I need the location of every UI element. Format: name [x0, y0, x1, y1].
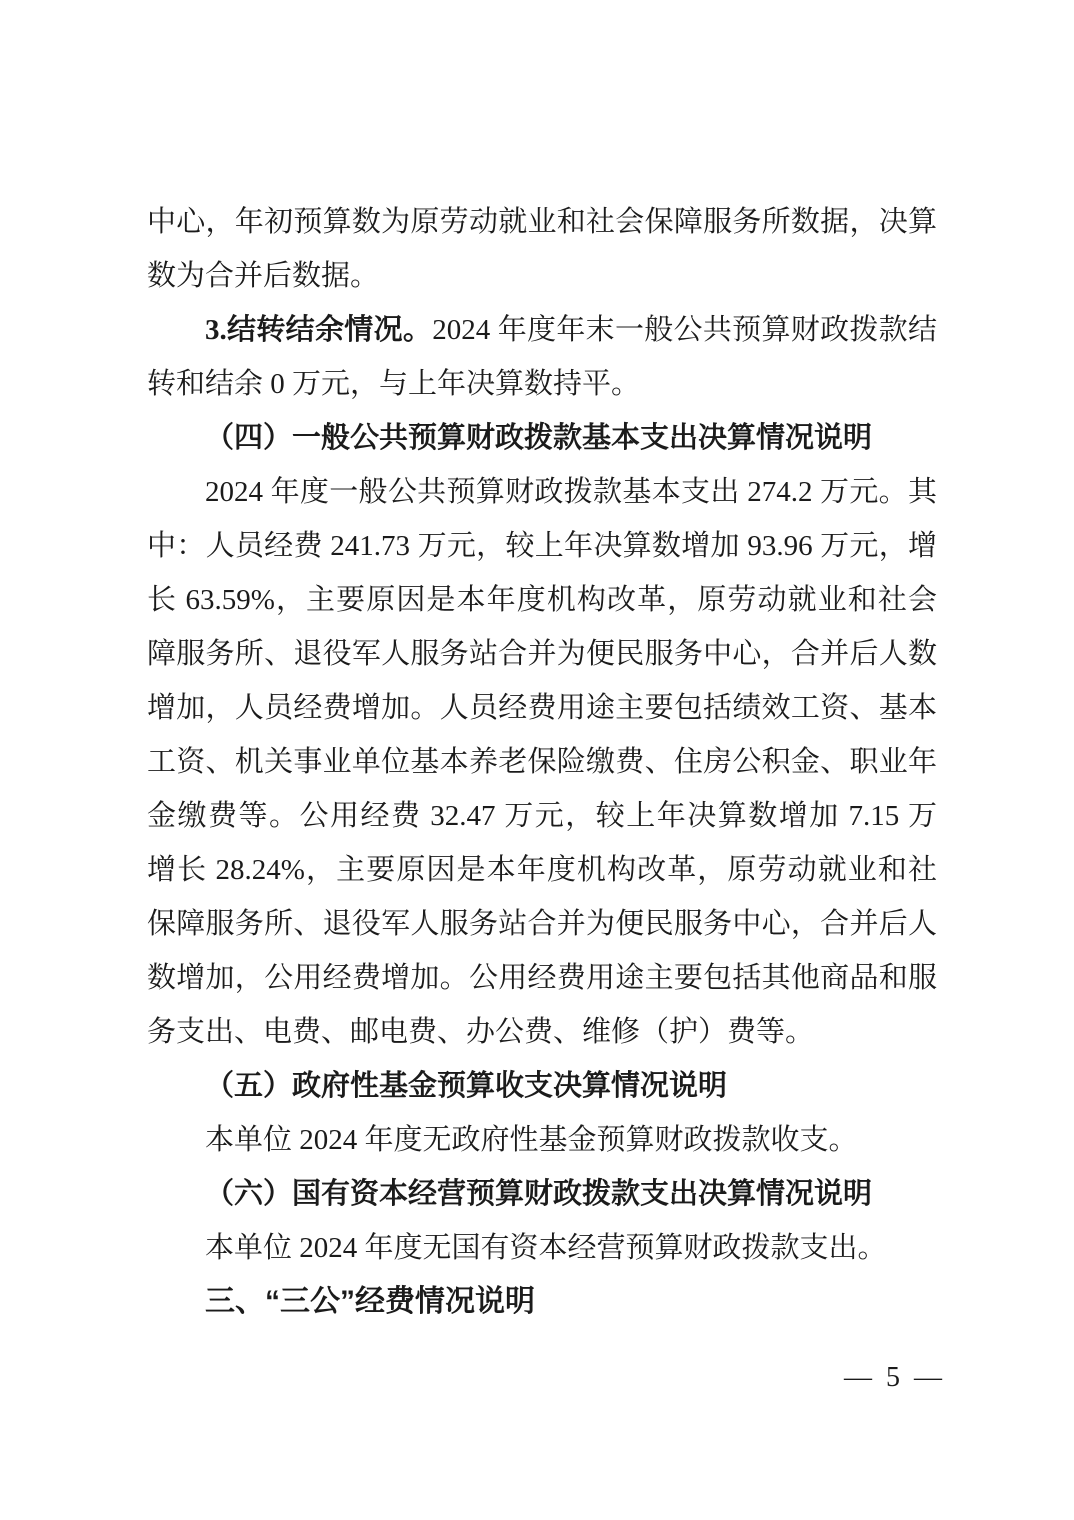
body-line: 保障服务所、退役军人服务站合并为便民服务中心，合并后人	[147, 897, 937, 951]
section-heading-6: （六）国有资本经营预算财政拨款支出决算情况说明	[147, 1167, 937, 1221]
body-line: 中：人员经费 241.73 万元，较上年决算数增加 93.96 万元，增	[147, 519, 937, 573]
footer-dash-left: —	[844, 1362, 872, 1393]
body-line: 工资、机关事业单位基本养老保险缴费、住房公积金、职业年	[147, 735, 937, 789]
body-line: 金缴费等。公用经费 32.47 万元，较上年决算数增加 7.15 万元，	[147, 789, 937, 843]
bold-run: 3.结转结余情况。	[205, 314, 432, 346]
body-line: 长 63.59%，主要原因是本年度机构改革，原劳动就业和社会保	[147, 573, 937, 627]
body-line: 转和结余 0 万元，与上年决算数持平。	[147, 357, 937, 411]
body-line: 本单位 2024 年度无政府性基金预算财政拨款收支。	[147, 1113, 937, 1167]
body-line: 增加，人员经费增加。人员经费用途主要包括绩效工资、基本	[147, 681, 937, 735]
page-number: 5	[886, 1362, 900, 1393]
section-heading-three-public-funds: 三、“三公”经费情况说明	[147, 1275, 937, 1329]
body-line-with-bold-lead: 3.结转结余情况。2024 年度年末一般公共预算财政拨款结	[147, 303, 937, 357]
section-heading-4: （四）一般公共预算财政拨款基本支出决算情况说明	[147, 411, 937, 465]
text-block: 中心，年初预算数为原劳动就业和社会保障服务所数据，决算 数为合并后数据。 3.结…	[147, 195, 937, 1329]
body-line: 障服务所、退役军人服务站合并为便民服务中心，合并后人数	[147, 627, 937, 681]
page-footer: —5—	[844, 1358, 942, 1398]
body-line: 中心，年初预算数为原劳动就业和社会保障服务所数据，决算	[147, 195, 937, 249]
body-line: 务支出、电费、邮电费、办公费、维修（护）费等。	[147, 1005, 937, 1059]
body-line: 本单位 2024 年度无国有资本经营预算财政拨款支出。	[147, 1221, 937, 1275]
section-heading-5: （五）政府性基金预算收支决算情况说明	[147, 1059, 937, 1113]
body-line: 增长 28.24%，主要原因是本年度机构改革，原劳动就业和社会	[147, 843, 937, 897]
body-line: 数增加，公用经费增加。公用经费用途主要包括其他商品和服	[147, 951, 937, 1005]
body-line: 数为合并后数据。	[147, 249, 937, 303]
document-page: 中心，年初预算数为原劳动就业和社会保障服务所数据，决算 数为合并后数据。 3.结…	[0, 0, 1074, 1520]
body-line: 2024 年度一般公共预算财政拨款基本支出 274.2 万元。其	[147, 465, 937, 519]
body-text-run: 2024 年度年末一般公共预算财政拨款结	[432, 314, 937, 346]
footer-dash-right: —	[914, 1362, 942, 1393]
